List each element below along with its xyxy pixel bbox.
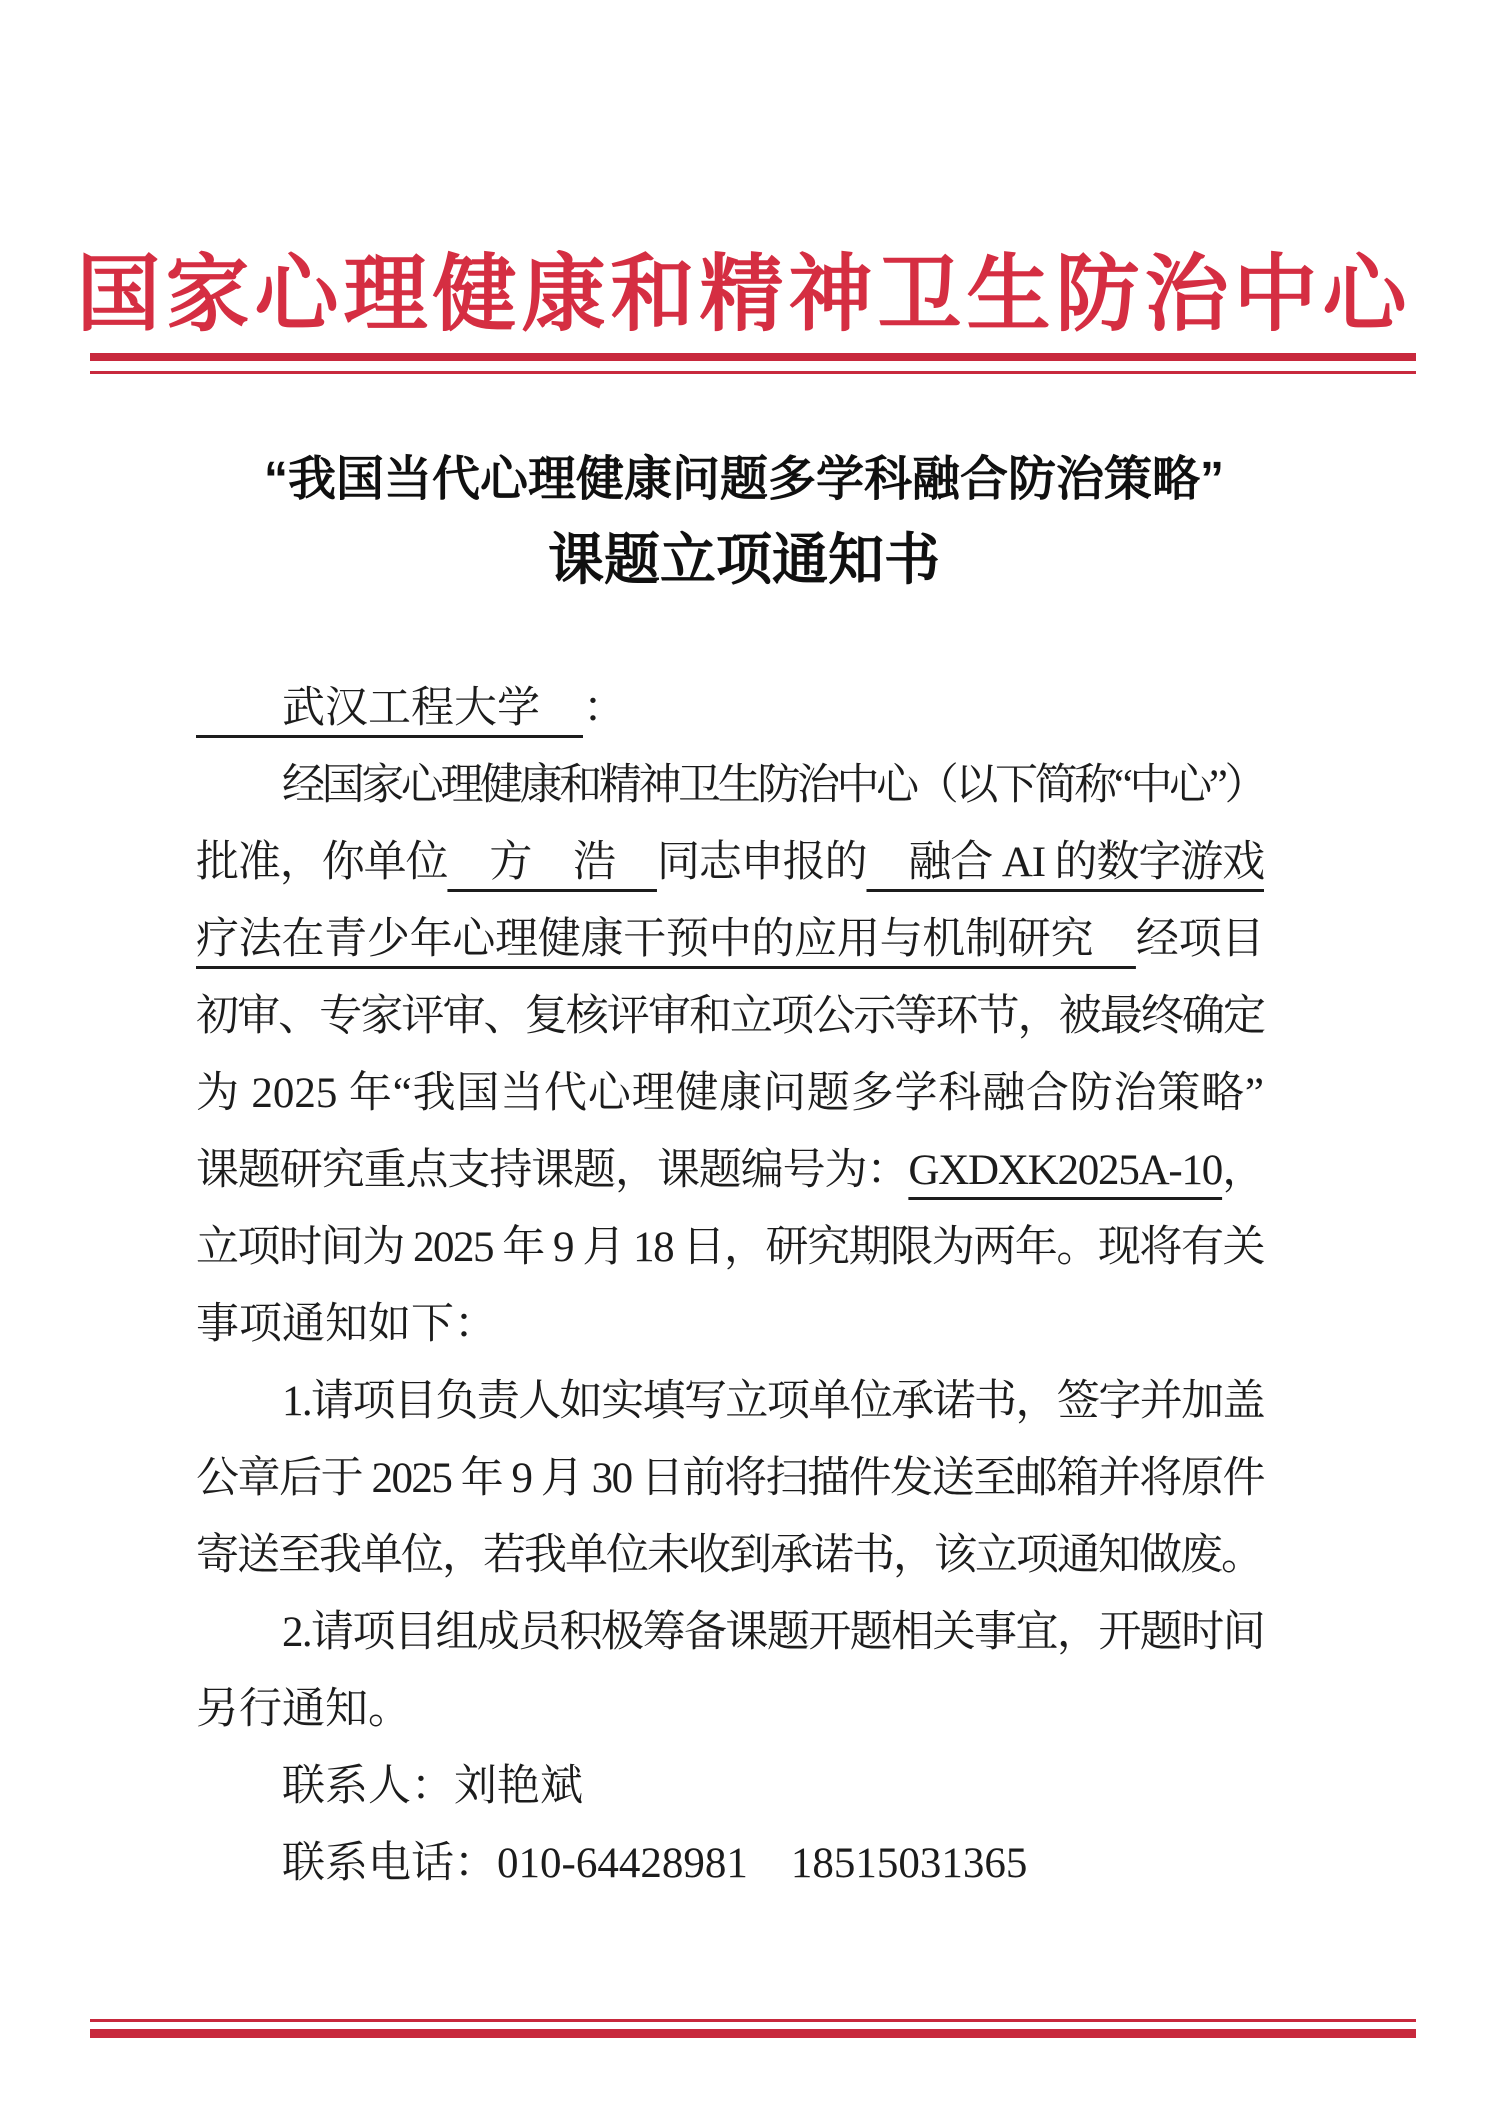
body-paragraph: 1.请项目负责人如实填写立项单位承诺书，签字并加盖公章后于 2025 年 9 月… (196, 1363, 1264, 1594)
body-line: 初审、专家评审、复核评审和立项公示等环节，被最终确定 (196, 978, 1264, 1055)
document-title-line1: “我国当代心理健康问题多学科融合防治策略” (0, 440, 1488, 520)
body-line: 1.请项目负责人如实填写立项单位承诺书，签字并加盖 (196, 1363, 1264, 1440)
body-paragraph: 经国家心理健康和精神卫生防治中心（以下简称“中心”）批准，你单位 方 浩 同志申… (196, 747, 1264, 1363)
text-segment: 批准，你单位 (196, 839, 447, 886)
body-paragraph: 武汉工程大学 ： (196, 670, 1264, 747)
body-line: 事项通知如下： (196, 1286, 1264, 1363)
body-paragraph: 联系电话：010-64428981 18515031365 (196, 1825, 1264, 1902)
text-segment: 为 2025 年“我国当代心理健康问题多学科融合防治策略” (196, 1070, 1264, 1117)
underlined-segment: 武汉工程大学 (196, 685, 583, 732)
footer-rule-thin (90, 2019, 1416, 2022)
text-segment: 公章后于 2025 年 9 月 30 日前将扫描件发送至邮箱并将原件 (196, 1455, 1264, 1502)
underlined-segment: 方 浩 (447, 839, 657, 886)
text-segment: 经项目 (1136, 916, 1264, 963)
text-segment: 同志申报的 (657, 839, 867, 886)
body-line: 另行通知。 (196, 1671, 1264, 1748)
text-segment: 另行通知。 (196, 1686, 411, 1733)
header-rule-thick (90, 353, 1416, 361)
underlined-segment: GXDXK2025A-10 (908, 1147, 1222, 1194)
document-title-line2: 课题立项通知书 (0, 520, 1488, 600)
body-line: 2.请项目组成员积极筹备课题开题相关事宜，开题时间 (196, 1594, 1264, 1671)
header-rule-thin (90, 371, 1416, 374)
text-segment: 立项时间为 2025 年 9 月 18 日，研究期限为两年。现将有关 (196, 1224, 1264, 1271)
text-segment: 联系电话：010-64428981 18515031365 (282, 1840, 1027, 1887)
body-line: 批准，你单位 方 浩 同志申报的 融合 AI 的数字游戏 (196, 824, 1264, 901)
text-segment: 经国家心理健康和精神卫生防治中心（以下简称“中心”） (282, 762, 1264, 809)
text-segment: 1.请项目负责人如实填写立项单位承诺书，签字并加盖 (282, 1378, 1264, 1425)
body-line: 经国家心理健康和精神卫生防治中心（以下简称“中心”） (196, 747, 1264, 824)
body-line: 联系电话：010-64428981 18515031365 (196, 1825, 1264, 1902)
text-segment: 寄送至我单位，若我单位未收到承诺书，该立项通知做废。 (196, 1532, 1262, 1579)
body-line: 武汉工程大学 ： (196, 670, 1264, 747)
text-segment: 初审、专家评审、复核评审和立项公示等环节，被最终确定 (196, 993, 1264, 1040)
text-segment: ： (583, 685, 626, 732)
body-paragraph: 联系人：刘艳斌 (196, 1748, 1264, 1825)
document-title: “我国当代心理健康问题多学科融合防治策略” 课题立项通知书 (0, 440, 1488, 600)
body-line: 疗法在青少年心理健康干预中的应用与机制研究 经项目 (196, 901, 1264, 978)
scanned-notice-page: 国家心理健康和精神卫生防治中心 “我国当代心理健康问题多学科融合防治策略” 课题… (0, 0, 1488, 2104)
body-paragraph: 2.请项目组成员积极筹备课题开题相关事宜，开题时间另行通知。 (196, 1594, 1264, 1748)
body-line: 公章后于 2025 年 9 月 30 日前将扫描件发送至邮箱并将原件 (196, 1440, 1264, 1517)
text-segment: 联系人：刘艳斌 (282, 1763, 583, 1810)
text-segment: ， (1222, 1147, 1264, 1194)
body-line: 课题研究重点支持课题，课题编号为：GXDXK2025A-10， (196, 1132, 1264, 1209)
text-segment: 课题研究重点支持课题，课题编号为： (196, 1147, 908, 1194)
body-line: 立项时间为 2025 年 9 月 18 日，研究期限为两年。现将有关 (196, 1209, 1264, 1286)
body-line: 为 2025 年“我国当代心理健康问题多学科融合防治策略” (196, 1055, 1264, 1132)
text-segment: 2.请项目组成员积极筹备课题开题相关事宜，开题时间 (282, 1609, 1264, 1656)
body-line: 联系人：刘艳斌 (196, 1748, 1264, 1825)
letterhead-org-title: 国家心理健康和精神卫生防治中心 (0, 246, 1488, 346)
underlined-segment: 融合 AI 的数字游戏 (867, 839, 1265, 886)
underlined-segment: 疗法在青少年心理健康干预中的应用与机制研究 (196, 916, 1136, 963)
notice-body: 武汉工程大学 ：经国家心理健康和精神卫生防治中心（以下简称“中心”）批准，你单位… (196, 670, 1264, 1902)
body-line: 寄送至我单位，若我单位未收到承诺书，该立项通知做废。 (196, 1517, 1264, 1594)
footer-rule-thick (90, 2029, 1416, 2038)
text-segment: 事项通知如下： (196, 1301, 497, 1348)
